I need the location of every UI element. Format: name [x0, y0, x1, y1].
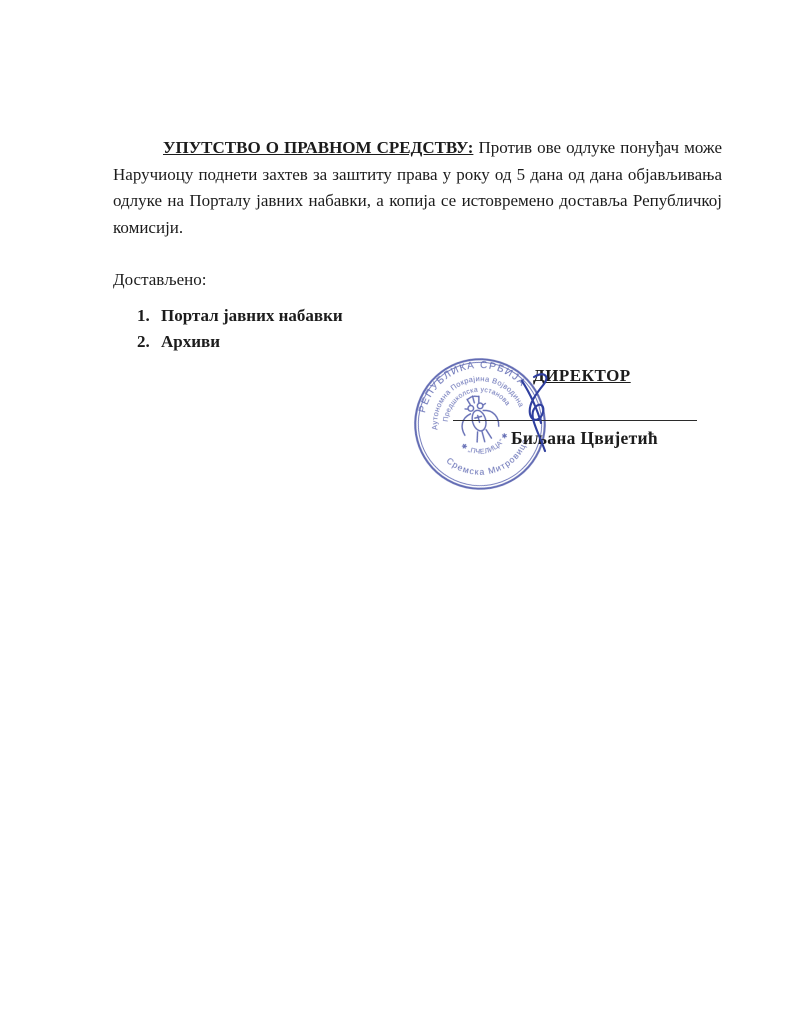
list-item: 1. Портал јавних набавки	[137, 303, 343, 329]
list-item-text: Архиви	[161, 329, 220, 355]
document-page: УПУТСТВО О ПРАВНОМ СРЕДСТВУ: Против ове …	[0, 0, 791, 1024]
handwritten-signature	[514, 371, 576, 457]
stamp-text-institution-name: ✱ „ПЧЕЛИЦА“ ✱	[458, 430, 513, 462]
stamp-coat-of-arms-icon	[455, 391, 503, 446]
list-item-number: 1.	[137, 303, 161, 329]
list-item-number: 2.	[137, 329, 161, 355]
list-item-text: Портал јавних набавки	[161, 303, 343, 329]
legal-remedy-paragraph: УПУТСТВО О ПРАВНОМ СРЕДСТВУ: Против ове …	[113, 135, 722, 241]
delivered-list: 1. Портал јавних набавки 2. Архиви	[137, 303, 343, 355]
list-item: 2. Архиви	[137, 329, 343, 355]
svg-text:✱ „ПЧЕЛИЦА“ ✱: ✱ „ПЧЕЛИЦА“ ✱	[458, 430, 513, 462]
legal-remedy-heading: УПУТСТВО О ПРАВНОМ СРЕДСТВУ:	[163, 138, 473, 157]
delivered-label: Достављено:	[113, 270, 207, 290]
signature-ink-icon	[514, 371, 576, 457]
